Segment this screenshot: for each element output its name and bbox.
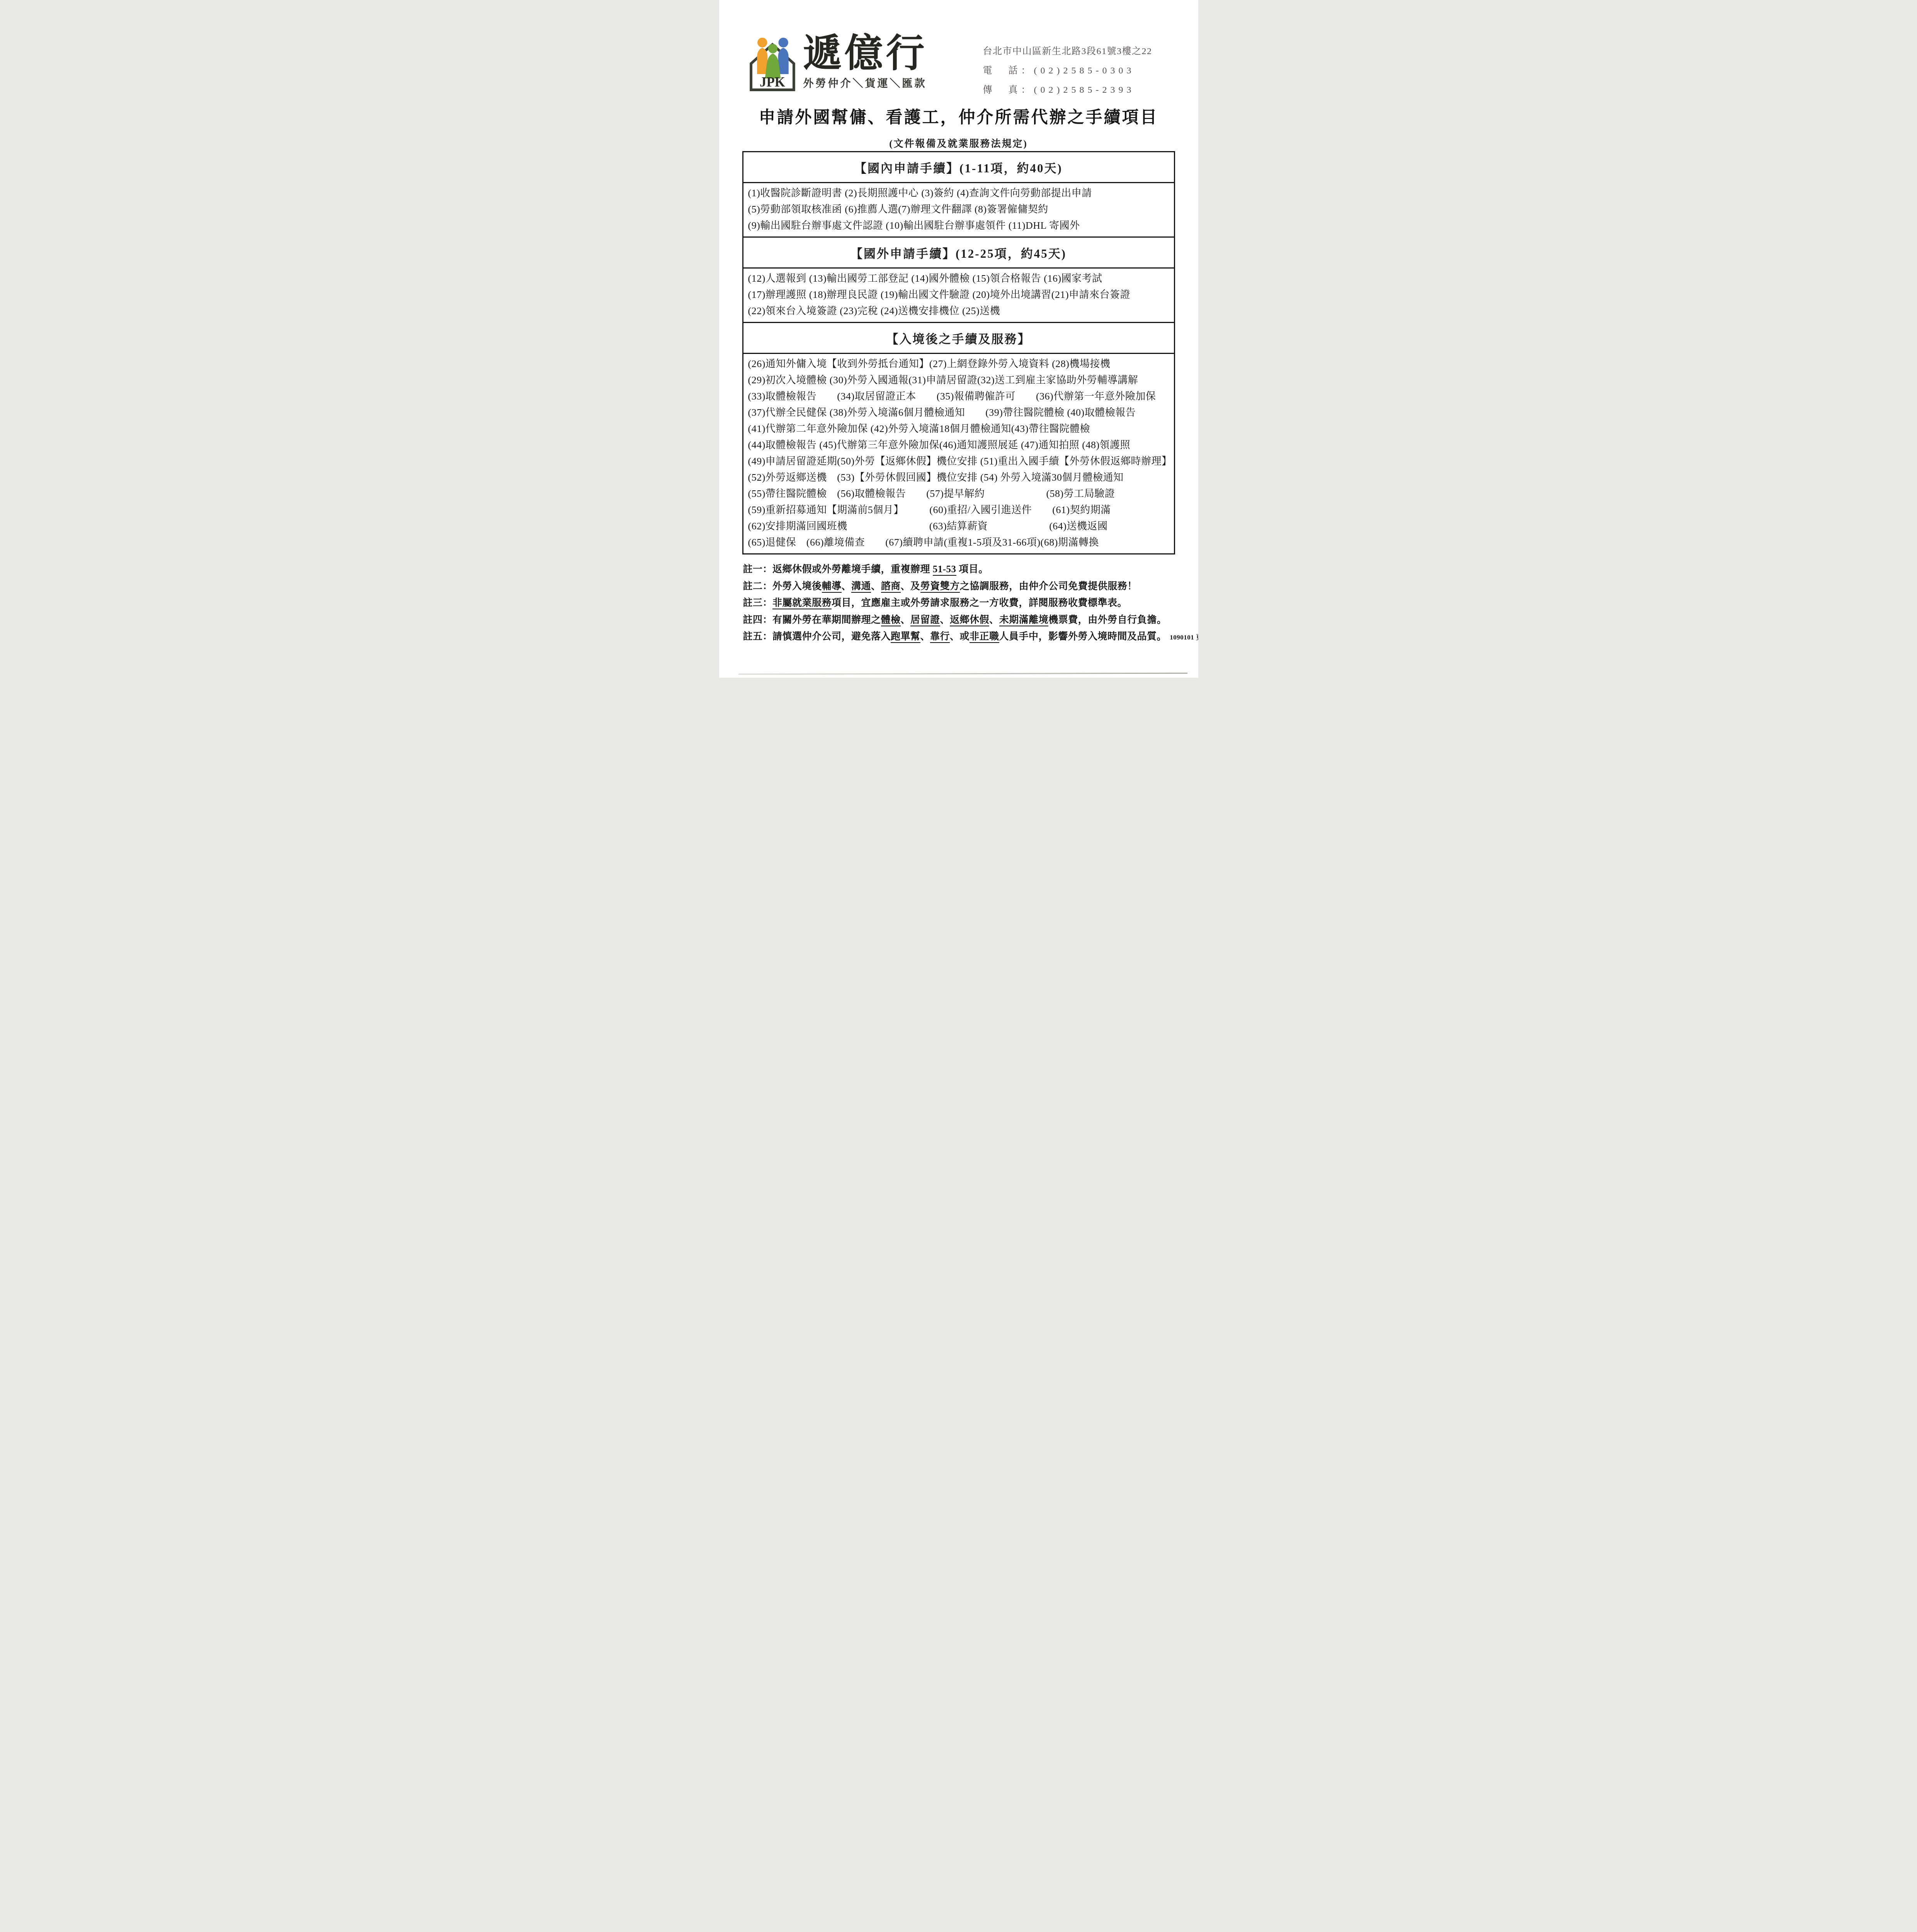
table-row: (12)人選報到 (13)輸出國勞工部登記 (14)國外體檢 (15)領合格報告…: [748, 270, 1172, 287]
section-header: 【入境後之手續及服務】: [743, 322, 1174, 353]
footnote-text: 有關外勞在華期間辦理之: [772, 615, 881, 625]
footnote: 註一：返鄉休假或外勞離境手續，重複辦理 51-53 項目。: [743, 561, 1183, 578]
footnote-underlined-text: 溝通: [851, 581, 871, 593]
document-title: 申請外國幫傭、看護工，仲介所需代辦之手續項目: [719, 104, 1198, 128]
footnote-label: 註一：: [743, 564, 773, 575]
scanned-document-page: JPK 遞億行 外勞仲介＼貨運＼匯款 台北市中山區新生北路3段61號3樓之22 …: [719, 0, 1198, 678]
table-row: (17)辦理護照 (18)辦理良民證 (19)輸出國文件驗證 (20)境外出境講…: [748, 287, 1172, 303]
table-row: (49)申請居留證延期(50)外勞【返鄉休假】機位安排 (51)重出入國手續【外…: [748, 453, 1172, 469]
footnote-label: 註五：: [743, 631, 773, 642]
footnote-text: 請慎選仲介公司，避免落入: [772, 631, 891, 642]
footnote-underlined-text: 諮商: [881, 581, 901, 593]
footnote-text: 返鄉休假或外勞離境手續，重複辦理: [772, 564, 933, 575]
footnote-underlined-text: 靠行: [930, 631, 950, 643]
footnote-text: 、: [920, 631, 930, 642]
table-row: (37)代辦全民健保 (38)外勞入境滿6個月體檢通知 (39)帶往醫院體檢 (…: [748, 405, 1172, 421]
company-tagline: 外勞仲介＼貨運＼匯款: [803, 75, 927, 90]
section-content: (12)人選報到 (13)輸出國勞工部登記 (14)國外體檢 (15)領合格報告…: [743, 267, 1174, 322]
footnote-underlined-text: 未期滿離境: [999, 615, 1049, 626]
footnote-text: 機票費，由外勞自行負擔。: [1048, 615, 1167, 625]
table-row: (29)初次入境體檢 (30)外勞入國通報(31)申請居留證(32)送工到雇主家…: [748, 372, 1172, 388]
footnote-underlined-text: 輔導: [822, 581, 842, 593]
logo-text-block: 遞億行 外勞仲介＼貨運＼匯款: [803, 34, 927, 90]
footnote: 註三：非屬就業服務項目，宜應雇主或外勞請求服務之一方收費，詳閱服務收費標準表。: [743, 595, 1183, 612]
footnote-text: 、或: [950, 631, 970, 642]
table-row: (44)取體檢報告 (45)代辦第三年意外險加保(46)通知護照展延 (47)通…: [748, 437, 1172, 453]
footnote-underlined-text: 跑單幫: [891, 631, 920, 643]
jpk-house-people-logo-icon: JPK: [746, 34, 799, 93]
footnote-underlined-text: 51-53: [933, 564, 956, 576]
scan-artifact-line: [738, 673, 1187, 675]
footnote-underlined-text: 返鄉休假: [950, 615, 989, 626]
footnote-text: 、: [871, 581, 881, 592]
person-blue: [778, 37, 788, 74]
table-row: (62)安排期滿回國班機 (63)結算薪資 (64)送機返國: [748, 518, 1172, 534]
table-row: (9)輸出國駐台辦事處文件認證 (10)輸出國駐台辦事處領件 (11)DHL 寄…: [748, 218, 1172, 234]
table-row: (26)通知外傭入境【收到外勞抵台通知】(27)上網登錄外勞入境資料 (28)機…: [748, 356, 1172, 372]
section-header: 【國內申請手續】(1-11項，約40天): [743, 152, 1174, 182]
table-row: (52)外勞返鄉送機 (53)【外勞休假回國】機位安排 (54) 外勞入境滿30…: [748, 469, 1172, 486]
footnote-text: 人員手中，影響外勞入境時間及品質。: [999, 631, 1167, 642]
company-phone: 電 話：(02)2585-0303: [983, 63, 1178, 76]
footnote-text: 項目。: [956, 564, 988, 575]
footnote-underlined-text: 體檢: [881, 615, 901, 626]
company-fax: 傳 真：(02)2585-2393: [983, 82, 1178, 95]
table-row: (41)代辦第二年意外險加保 (42)外勞入境滿18個月體檢通知(43)帶往醫院…: [748, 421, 1172, 437]
footnote-underlined-text: 非屬就業服務: [772, 598, 832, 609]
footnote-text: 、: [842, 581, 852, 592]
section-header: 【國外申請手續】(12-25項，約45天): [743, 236, 1174, 267]
document-subtitle: (文件報備及就業服務法規定): [719, 136, 1198, 150]
person-orange: [757, 37, 767, 74]
update-date-note: 1090101 更新: [1170, 634, 1198, 641]
footnote-underlined-text: 居留證: [910, 615, 940, 626]
company-name: 遞億行: [803, 34, 927, 73]
document-header: JPK 遞億行 外勞仲介＼貨運＼匯款 台北市中山區新生北路3段61號3樓之22 …: [746, 34, 1178, 95]
table-row: (22)領來台入境簽證 (23)完稅 (24)送機安排機位 (25)送機: [748, 303, 1172, 319]
footnote-label: 註三：: [743, 598, 773, 608]
section-content: (1)收醫院診斷證明書 (2)長期照護中心 (3)簽約 (4)查詢文件向勞動部提…: [743, 182, 1174, 236]
footnote-text: 、: [901, 615, 911, 625]
footnote-underlined-text: 勞資雙方: [920, 581, 960, 593]
footnote-text: 、及: [901, 581, 920, 592]
footnote: 註五：請慎選仲介公司，避免落入跑單幫、靠行、或非正職人員手中，影響外勞入境時間及…: [743, 628, 1183, 646]
contact-block: 台北市中山區新生北路3段61號3樓之22 電 話：(02)2585-0303 傳…: [983, 34, 1178, 95]
footnotes: 註一：返鄉休假或外勞離境手續，重複辦理 51-53 項目。註二：外勞入境後輔導、…: [743, 561, 1183, 646]
table-row: (5)勞動部領取核准函 (6)推薦人選(7)辦理文件翻譯 (8)簽署僱傭契約: [748, 201, 1172, 218]
table-row: (55)帶往醫院體檢 (56)取體檢報告 (57)提早解約 (58)勞工局驗證: [748, 486, 1172, 502]
footnote-text: 、: [940, 615, 950, 625]
footnote-label: 註四：: [743, 615, 773, 625]
footnote-label: 註二：: [743, 581, 773, 592]
footnote-text: 外勞入境後: [772, 581, 822, 592]
footnote-underlined-text: 非正職: [970, 631, 999, 643]
section-content: (26)通知外傭入境【收到外勞抵台通知】(27)上網登錄外勞入境資料 (28)機…: [743, 353, 1174, 553]
table-row: (33)取體檢報告 (34)取居留證正本 (35)報備聘僱許可 (36)代辦第一…: [748, 388, 1172, 405]
procedures-table: 【國內申請手續】(1-11項，約40天)(1)收醫院診斷證明書 (2)長期照護中…: [742, 151, 1175, 554]
jpk-monogram: JPK: [759, 75, 785, 90]
company-address: 台北市中山區新生北路3段61號3樓之22: [983, 43, 1178, 57]
footnote-text: 、: [989, 615, 999, 625]
footnote-text: 之協調服務，由仲介公司免費提供服務！: [960, 581, 1137, 592]
table-row: (59)重新招募通知【期滿前5個月】 (60)重招/入國引進送件 (61)契約期…: [748, 502, 1172, 518]
footnote: 註二：外勞入境後輔導、溝通、諮商、及勞資雙方之協調服務，由仲介公司免費提供服務！: [743, 578, 1183, 595]
footnote: 註四：有關外勞在華期間辦理之體檢、居留證、返鄉休假、未期滿離境機票費，由外勞自行…: [743, 612, 1183, 629]
footnote-text: 項目，宜應雇主或外勞請求服務之一方收費，詳閱服務收費標準表。: [832, 598, 1127, 608]
table-row: (1)收醫院診斷證明書 (2)長期照護中心 (3)簽約 (4)查詢文件向勞動部提…: [748, 185, 1172, 201]
table-row: (65)退健保 (66)離境備查 (67)續聘申請(重複1-5項及31-66項)…: [748, 534, 1172, 551]
